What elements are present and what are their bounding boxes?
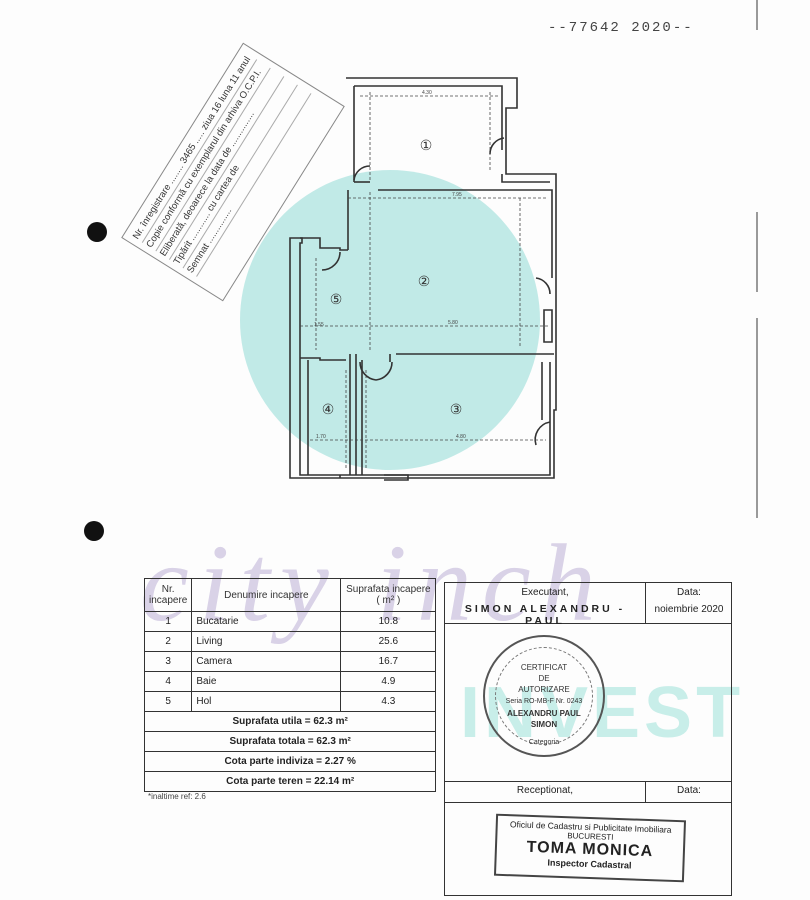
punch-hole-bottom — [84, 521, 104, 541]
cell-area: 4.3 — [341, 692, 436, 712]
header-area: Suprafata incapere ( m² ) — [341, 579, 436, 612]
cell-nr: 1 — [145, 612, 192, 632]
table-row: 4 Baie 4.9 — [145, 672, 436, 692]
dim-label: 1.55 — [314, 322, 324, 328]
rooms-table: Nr. incapere Denumire incapere Suprafata… — [144, 578, 436, 792]
receptionat-date-label: Data: — [645, 785, 733, 796]
executant-date: noiembrie 2020 — [645, 604, 733, 615]
summary-row: Cota parte teren = 22.14 m² — [145, 772, 436, 792]
dim-label: 1.70 — [316, 434, 326, 440]
table-row: 1 Bucatarie 10.8 — [145, 612, 436, 632]
receptionat-label: Receptionat, — [445, 785, 645, 796]
room-4-marker: ④ — [322, 401, 335, 417]
summary-undivided-share: Cota parte indiviza = 2.27 % — [145, 752, 436, 772]
cell-area: 25.6 — [341, 632, 436, 652]
executant-box: Executant, SIMON ALEXANDRU -PAUL Data: n… — [444, 582, 732, 896]
cell-name: Camera — [192, 652, 341, 672]
summary-row: Suprafata utila = 62.3 m² — [145, 712, 436, 732]
page-edge-bottom — [756, 318, 758, 518]
table-row: 3 Camera 16.7 — [145, 652, 436, 672]
room-1-marker: ① — [420, 137, 433, 153]
dim-label: 4.30 — [422, 90, 432, 96]
cell-name: Living — [192, 632, 341, 652]
cell-area: 10.8 — [341, 612, 436, 632]
cell-nr: 2 — [145, 632, 192, 652]
executant-label: Executant, — [445, 587, 645, 598]
cell-name: Hol — [192, 692, 341, 712]
cell-nr: 5 — [145, 692, 192, 712]
receptionat-row: Receptionat, Data: — [445, 781, 731, 803]
seal-line: SIMON — [485, 720, 603, 729]
seal-line: CERTIFICAT — [485, 663, 603, 672]
seal-inner-ring — [495, 647, 593, 745]
summary-useful-area: Suprafata utila = 62.3 m² — [145, 712, 436, 732]
executant-name: SIMON ALEXANDRU -PAUL — [445, 603, 645, 627]
cell-name: Bucatarie — [192, 612, 341, 632]
certificate-seal: CERTIFICAT DE AUTORIZARE Seria RO-MB-F N… — [483, 635, 605, 757]
dim-label: 4.80 — [456, 434, 466, 440]
seal-line: ALEXANDRU PAUL — [485, 709, 603, 718]
room-3-marker: ③ — [450, 401, 463, 417]
cell-name: Baie — [192, 672, 341, 692]
room-5-marker: ⑤ — [330, 291, 343, 307]
summary-row: Suprafata totala = 62.3 m² — [145, 732, 436, 752]
dim-label: 5.80 — [448, 320, 458, 326]
summary-total-area: Suprafata totala = 62.3 m² — [145, 732, 436, 752]
cell-nr: 3 — [145, 652, 192, 672]
page-edge-mid — [756, 212, 758, 292]
seal-line: DE — [485, 674, 603, 683]
punch-hole-top — [87, 222, 107, 242]
executant-header: Executant, SIMON ALEXANDRU -PAUL Data: n… — [445, 583, 731, 624]
header-nr: Nr. incapere — [145, 579, 192, 612]
cell-area: 16.7 — [341, 652, 436, 672]
cell-nr: 4 — [145, 672, 192, 692]
summary-row: Cota parte indiviza = 2.27 % — [145, 752, 436, 772]
summary-land-share: Cota parte teren = 22.14 m² — [145, 772, 436, 792]
dim-label: 7.95 — [452, 192, 462, 198]
table-row: 5 Hol 4.3 — [145, 692, 436, 712]
document-number: --77642 2020-- — [548, 20, 694, 36]
ocpi-stamp: Oficiul de Cadastru si Publicitate Imobi… — [494, 814, 686, 883]
table-row: 2 Living 25.6 — [145, 632, 436, 652]
seal-line: Seria RO-MB-F Nr. 0243 — [485, 698, 603, 705]
cell-area: 4.9 — [341, 672, 436, 692]
room-2-marker: ② — [418, 273, 431, 289]
floor-plan: 4.30 7.95 1.55 5.80 1.70 4.80 ① ② ③ ④ ⑤ — [280, 70, 580, 490]
table-footnote: *inaltime ref: 2.6 — [148, 792, 206, 801]
rooms-table-header: Nr. incapere Denumire incapere Suprafata… — [145, 579, 436, 612]
seal-line: AUTORIZARE — [485, 685, 603, 694]
page-edge-top — [756, 0, 758, 30]
executant-date-label: Data: — [645, 587, 733, 598]
seal-line: Categoria — [485, 739, 603, 746]
header-name: Denumire incapere — [192, 579, 341, 612]
